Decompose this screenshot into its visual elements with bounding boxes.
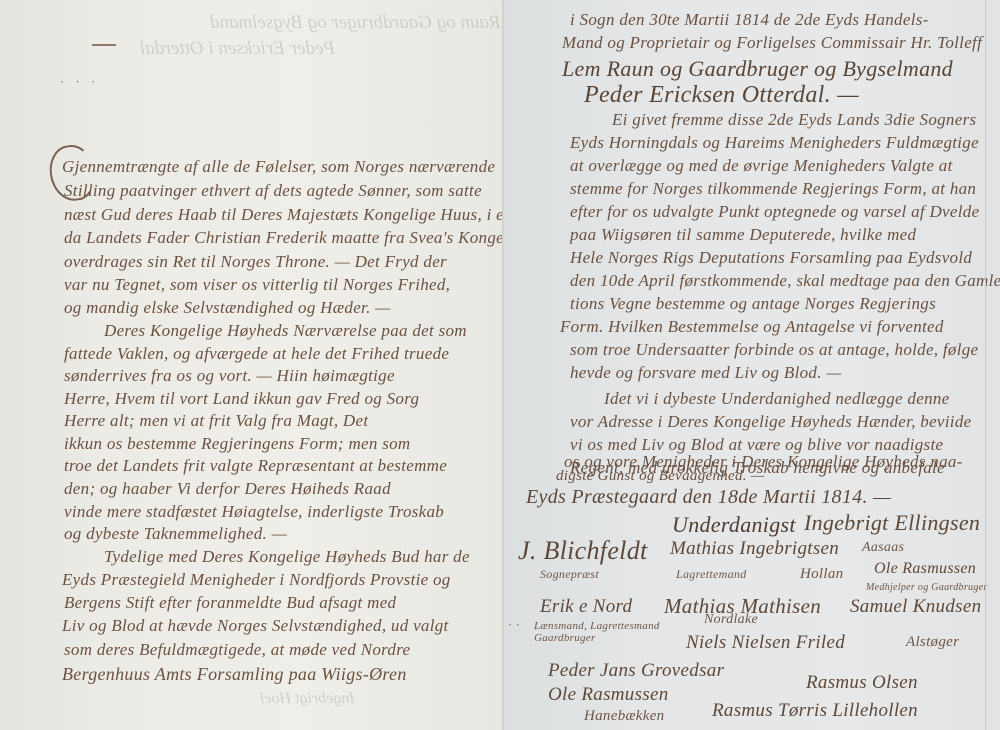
signature: Samuel Knudsen	[850, 596, 981, 618]
manuscript-line: stemme for Norges tilkommende Regjerings…	[570, 179, 976, 199]
signature: Erik e Nord	[540, 596, 632, 618]
manuscript-line: Eyds Horningdals og Hareims Menigheders …	[570, 133, 979, 153]
signature: Ole Rasmussen	[548, 684, 669, 706]
page-edge-rule	[985, 0, 986, 730]
manuscript-line: Lem Raun og Gaardbruger og Bygselmand	[562, 56, 953, 82]
flourish-dash	[92, 44, 116, 46]
manuscript-line: som deres Befuldmægtigede, at møde ved N…	[64, 640, 410, 660]
manuscript-line: da Landets Fader Christian Frederik maat…	[64, 228, 504, 248]
date-line: Eyds Præstegaard den 18de Martii 1814. —	[526, 486, 891, 509]
signature-title: Alstøger	[906, 634, 959, 651]
right-manuscript-page: i Sogn den 30te Martii 1814 de 2de Eyds …	[504, 0, 1000, 730]
manuscript-line: digste Gunst og Bevaagenhed. —	[556, 468, 765, 485]
manuscript-line: Tydelige med Deres Kongelige Høyheds Bud…	[104, 547, 470, 567]
manuscript-line: Idet vi i dybeste Underdanighed nedlægge…	[604, 389, 950, 409]
manuscript-line: næst Gud deres Haab til Deres Majestæts …	[64, 205, 504, 225]
signature: Niels Nielsen Friled	[686, 632, 845, 654]
signature-title: Lagrettemand	[676, 567, 747, 582]
manuscript-line: vinde mere stadfæstet Høiagtelse, inderl…	[64, 502, 444, 522]
manuscript-line: Ei givet fremme disse 2de Eyds Lands 3di…	[612, 110, 976, 130]
signature: Rasmus Tørris Lillehollen	[712, 700, 918, 722]
signature-title: Aasaas	[862, 540, 904, 556]
manuscript-line: Hele Norges Rigs Deputations Forsamling …	[570, 248, 972, 268]
margin-marks: · · ·	[60, 75, 99, 89]
manuscript-line: som troe Undersaatter forbinde os at ant…	[570, 340, 978, 360]
manuscript-line: den 10de April førstkommende, skal medta…	[570, 271, 1000, 291]
signature-title: Sognepræst	[540, 567, 599, 582]
margin-marks: ··	[508, 618, 524, 632]
manuscript-line: fattede Vaklen, og afværgede at hele det…	[64, 344, 449, 364]
bleed-through-text: Lem Raun og Gaardbruger og Bygselmand	[210, 12, 504, 34]
signature-title: Hollan	[800, 566, 843, 583]
bleed-through-text: Peder Ericksen i Otterdal	[140, 38, 335, 60]
manuscript-line: Eyds Præstegield Menigheder i Nordfjords…	[62, 570, 451, 590]
signature-title: Nordlake	[704, 612, 758, 628]
signature: Rasmus Olsen	[806, 672, 918, 694]
signature: Ingebrigt Ellingsen	[804, 510, 980, 536]
manuscript-line: at overlægge og med de øvrige Menigheder…	[570, 156, 953, 176]
manuscript-line: hevde og forsvare med Liv og Blod. —	[570, 363, 842, 383]
manuscript-line: Mand og Proprietair og Forligelses Commi…	[562, 33, 982, 53]
manuscript-line: og dybeste Taknemmelighed. —	[64, 524, 287, 544]
manuscript-line: efter for os udvalgte Punkt optegnede og…	[570, 202, 979, 222]
bleed-through-text: Ingebrigt Hoel	[260, 690, 355, 708]
left-manuscript-page: Lem Raun og Gaardbruger og Bygselmand Pe…	[0, 0, 504, 730]
manuscript-line: var nu Tegnet, som viser os vitterlig ti…	[64, 275, 450, 295]
manuscript-line: Liv og Blod at hævde Norges Selvstændigh…	[62, 616, 449, 636]
manuscript-line: og mandig elske Selvstændighed og Hæder.…	[64, 298, 391, 318]
manuscript-line: Bergenhuus Amts Forsamling paa Wiigs-Øre…	[62, 664, 407, 685]
manuscript-line: sønderrives fra os og vort. — Hiin høimæ…	[64, 366, 395, 386]
manuscript-line: overdrages sin Ret til Norges Throne. — …	[64, 252, 447, 272]
signature: Peder Jans Grovedsar	[548, 660, 724, 682]
signature-title: Hanebækken	[584, 708, 664, 725]
manuscript-line: Peder Ericksen Otterdal. —	[584, 82, 859, 109]
manuscript-line: den; og haaber Vi derfor Deres Høiheds R…	[64, 479, 391, 499]
manuscript-line: i Sogn den 30te Martii 1814 de 2de Eyds …	[570, 10, 929, 30]
signature: Ole Rasmussen	[874, 560, 976, 578]
manuscript-line: tions Vegne bestemme og antage Norges Re…	[570, 294, 936, 314]
manuscript-line: vor Adresse i Deres Kongelige Høyheds Hæ…	[570, 412, 971, 432]
manuscript-line: paa Wiigsøren til samme Deputerede, hvil…	[570, 225, 916, 245]
signature-title: Lænsmand, Lagrettesmand Gaardbruger	[534, 620, 664, 644]
manuscript-line: ikkun os bestemme Regjeringens Form; men…	[64, 434, 411, 454]
manuscript-line: Bergens Stift efter foranmeldte Bud afsa…	[64, 593, 396, 613]
signature: J. Blichfeldt	[518, 536, 648, 566]
manuscript-line: Form. Hvilken Bestemmelse og Antagelse v…	[560, 317, 944, 337]
manuscript-line: Herre alt; men vi at frit Valg fra Magt,…	[64, 411, 368, 431]
closing-underdanigst: Underdanigst	[672, 512, 796, 538]
manuscript-line: Stilling paatvinger ethvert af dets agte…	[64, 181, 482, 201]
manuscript-line: Deres Kongelige Høyheds Nærværelse paa d…	[104, 321, 467, 341]
manuscript-line: Herre, Hvem til vort Land ikkun gav Fred…	[64, 389, 419, 409]
signature: Mathias Ingebrigtsen	[670, 538, 839, 560]
manuscript-line: Gjennemtrængte af alle de Følelser, som …	[62, 157, 495, 177]
manuscript-line: troe det Landets frit valgte Repræsentan…	[64, 456, 447, 476]
signature-title: Medhjelper og Gaardbruger	[866, 582, 988, 593]
